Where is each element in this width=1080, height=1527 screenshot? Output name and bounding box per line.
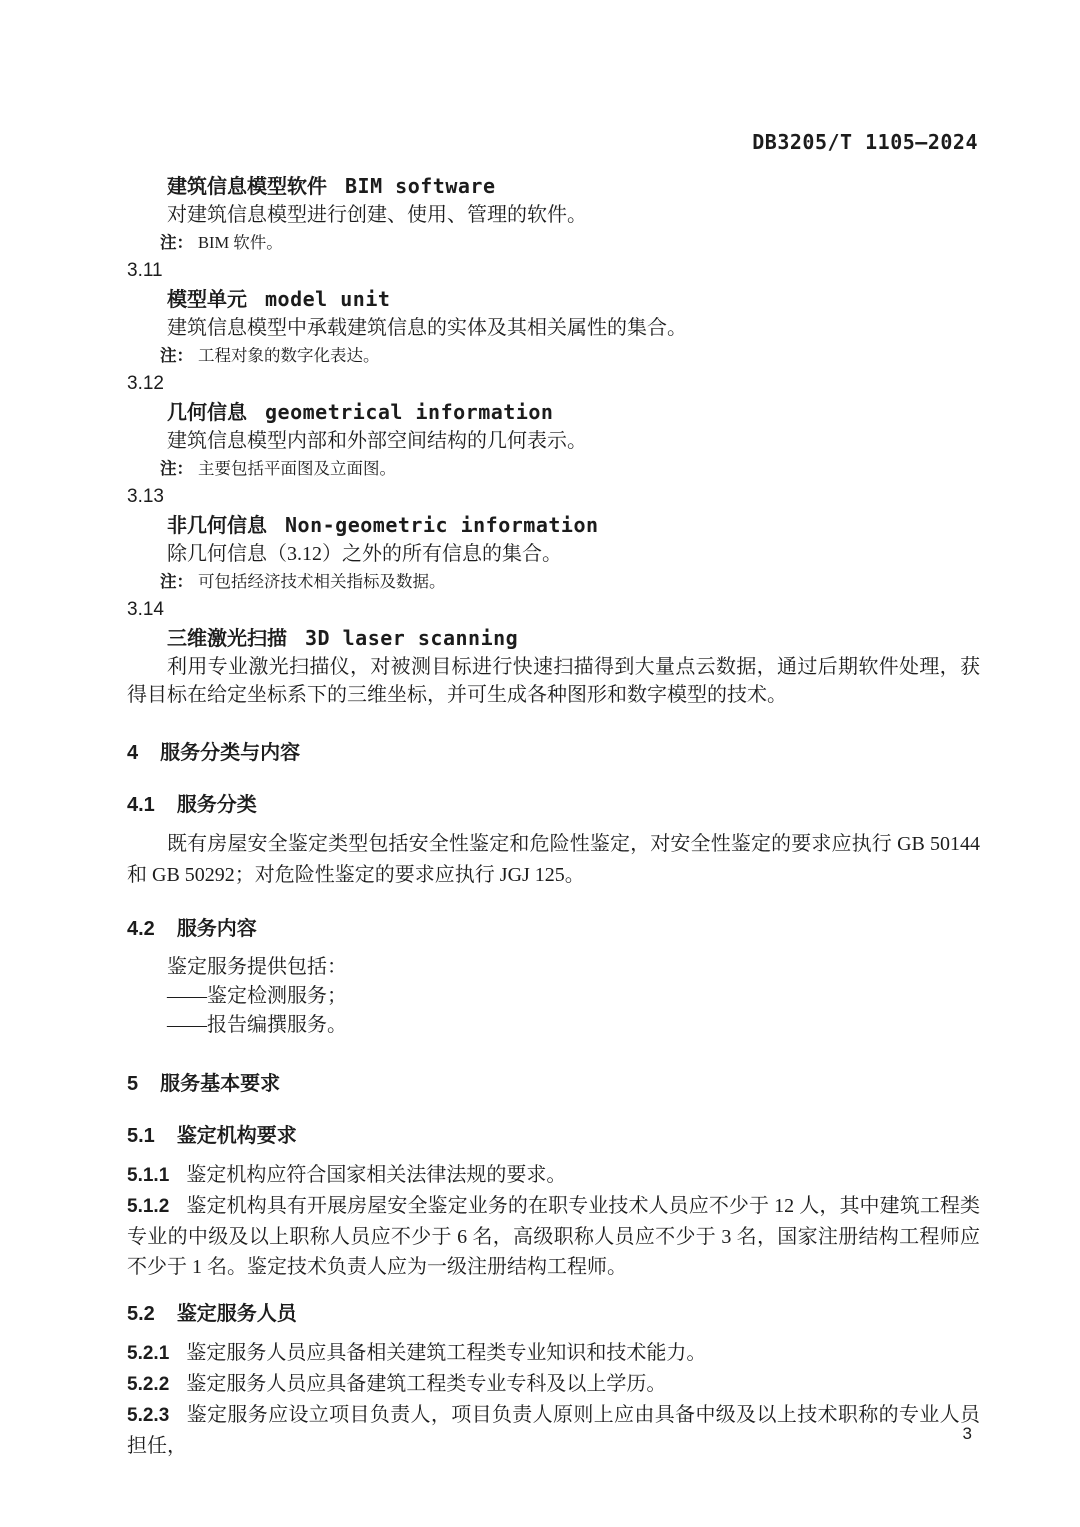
clause-text: 鉴定服务人员应具备建筑工程类专业专科及以上学历。 (186, 1373, 666, 1395)
page-content: 建筑信息模型软件BIM software 对建筑信息模型进行创建、使用、管理的软… (127, 172, 980, 1461)
term-title-en: model unit (265, 287, 390, 311)
section-number: 5.1 (127, 1125, 155, 1147)
section-title: 服务基本要求 (160, 1073, 280, 1095)
note-text: 可包括经济技术相关指标及数据。 (198, 572, 446, 591)
clause: 5.1.2鉴定机构具有开展房屋安全鉴定业务的在职专业技术人员应不少于 12 人，… (127, 1191, 980, 1282)
clause-text: 鉴定机构应符合国家相关法律法规的要求。 (186, 1164, 566, 1186)
section-number: 4.2 (127, 918, 155, 940)
clause-number: 5.1.2 (127, 1196, 169, 1217)
term-title-zh: 模型单元 (167, 289, 247, 311)
page-number: 3 (963, 1424, 972, 1444)
note-label: 注： (160, 347, 193, 365)
note-text: BIM 软件。 (198, 233, 283, 252)
term-definition: 对建筑信息模型进行创建、使用、管理的软件。 (127, 201, 980, 229)
note-text: 工程对象的数字化表达。 (198, 346, 380, 365)
section-title: 服务内容 (177, 918, 257, 940)
section-5-1-clauses: 5.1.1鉴定机构应符合国家相关法律法规的要求。 5.1.2鉴定机构具有开展房屋… (127, 1160, 980, 1282)
term-clause-number: 3.14 (127, 596, 980, 624)
section-title: 鉴定服务人员 (177, 1303, 297, 1325)
document-page: DB3205/T 1105—2024 建筑信息模型软件BIM software … (0, 0, 1080, 1527)
clause: 5.2.2鉴定服务人员应具备建筑工程类专业专科及以上学历。 (127, 1369, 980, 1400)
term-block: 建筑信息模型软件BIM software 对建筑信息模型进行创建、使用、管理的软… (127, 172, 980, 257)
note-text: 主要包括平面图及立面图。 (198, 459, 396, 478)
section-4-1-paragraph: 既有房屋安全鉴定类型包括安全性鉴定和危险性鉴定，对安全性鉴定的要求应执行 GB … (127, 829, 980, 891)
clause-text: 鉴定服务人员应具备相关建筑工程类专业知识和技术能力。 (186, 1342, 706, 1364)
section-4-2-heading: 4.2服务内容 (127, 915, 980, 943)
term-title-zh: 建筑信息模型软件 (167, 176, 327, 198)
term-title: 非几何信息Non-geometric information (127, 511, 980, 540)
term-clause-number: 3.13 (127, 483, 980, 511)
section-5-heading: 5服务基本要求 (127, 1070, 980, 1098)
section-number: 4 (127, 742, 138, 764)
clause-text: 鉴定机构具有开展房屋安全鉴定业务的在职专业技术人员应不少于 12 人，其中建筑工… (127, 1195, 980, 1278)
clause-number: 5.2.1 (127, 1343, 169, 1364)
term-block: 3.14 三维激光扫描3D laser scanning 利用专业激光扫描仪，对… (127, 596, 980, 709)
term-title-en: Non-geometric information (285, 513, 599, 537)
term-title-zh: 非几何信息 (167, 515, 267, 537)
clause: 5.2.1鉴定服务人员应具备相关建筑工程类专业知识和技术能力。 (127, 1338, 980, 1369)
note-label: 注： (160, 573, 193, 591)
list-item: ——鉴定检测服务； (127, 982, 980, 1011)
section-4-1-heading: 4.1服务分类 (127, 791, 980, 819)
section-title: 鉴定机构要求 (177, 1125, 297, 1147)
term-title-en: BIM software (345, 174, 496, 198)
list-intro: 鉴定服务提供包括： (127, 953, 980, 982)
term-title-en: geometrical information (265, 400, 553, 424)
term-title-en: 3D laser scanning (305, 626, 518, 650)
section-number: 5 (127, 1073, 138, 1095)
term-clause-number: 3.11 (127, 257, 980, 285)
term-title: 三维激光扫描3D laser scanning (127, 624, 980, 653)
term-block: 3.13 非几何信息Non-geometric information 除几何信… (127, 483, 980, 596)
term-note: 注：可包括经济技术相关指标及数据。 (127, 568, 980, 596)
clause-number: 5.1.1 (127, 1165, 169, 1186)
clause-number: 5.2.2 (127, 1374, 169, 1395)
term-definition: 利用专业激光扫描仪，对被测目标进行快速扫描得到大量点云数据，通过后期软件处理，获… (127, 653, 980, 709)
section-5-2-clauses: 5.2.1鉴定服务人员应具备相关建筑工程类专业知识和技术能力。 5.2.2鉴定服… (127, 1338, 980, 1461)
section-title: 服务分类 (177, 794, 257, 816)
term-block: 3.11 模型单元model unit 建筑信息模型中承载建筑信息的实体及其相关… (127, 257, 980, 370)
note-label: 注： (160, 460, 193, 478)
section-5-2-heading: 5.2鉴定服务人员 (127, 1300, 980, 1328)
clause: 5.1.1鉴定机构应符合国家相关法律法规的要求。 (127, 1160, 980, 1191)
list-item: ——报告编撰服务。 (127, 1011, 980, 1040)
section-5-1-heading: 5.1鉴定机构要求 (127, 1122, 980, 1150)
term-definition: 建筑信息模型内部和外部空间结构的几何表示。 (127, 427, 980, 455)
term-note: 注：BIM 软件。 (127, 229, 980, 257)
clause-number: 5.2.3 (127, 1405, 169, 1426)
term-title-zh: 三维激光扫描 (167, 628, 287, 650)
term-definition: 建筑信息模型中承载建筑信息的实体及其相关属性的集合。 (127, 314, 980, 342)
term-title-zh: 几何信息 (167, 402, 247, 424)
section-number: 5.2 (127, 1303, 155, 1325)
clause: 5.2.3鉴定服务应设立项目负责人，项目负责人原则上应由具备中级及以上技术职称的… (127, 1400, 980, 1461)
term-title: 模型单元model unit (127, 285, 980, 314)
section-title: 服务分类与内容 (160, 742, 300, 764)
standard-code: DB3205/T 1105—2024 (752, 130, 978, 154)
note-label: 注： (160, 234, 193, 252)
section-4-2-body: 鉴定服务提供包括： ——鉴定检测服务； ——报告编撰服务。 (127, 953, 980, 1040)
term-definition: 除几何信息（3.12）之外的所有信息的集合。 (127, 540, 980, 568)
term-title: 几何信息geometrical information (127, 398, 980, 427)
term-note: 注：工程对象的数字化表达。 (127, 342, 980, 370)
term-clause-number: 3.12 (127, 370, 980, 398)
term-note: 注：主要包括平面图及立面图。 (127, 455, 980, 483)
section-number: 4.1 (127, 794, 155, 816)
term-title: 建筑信息模型软件BIM software (127, 172, 980, 201)
term-block: 3.12 几何信息geometrical information 建筑信息模型内… (127, 370, 980, 483)
section-4-heading: 4服务分类与内容 (127, 739, 980, 767)
clause-text: 鉴定服务应设立项目负责人，项目负责人原则上应由具备中级及以上技术职称的专业人员担… (127, 1404, 980, 1457)
